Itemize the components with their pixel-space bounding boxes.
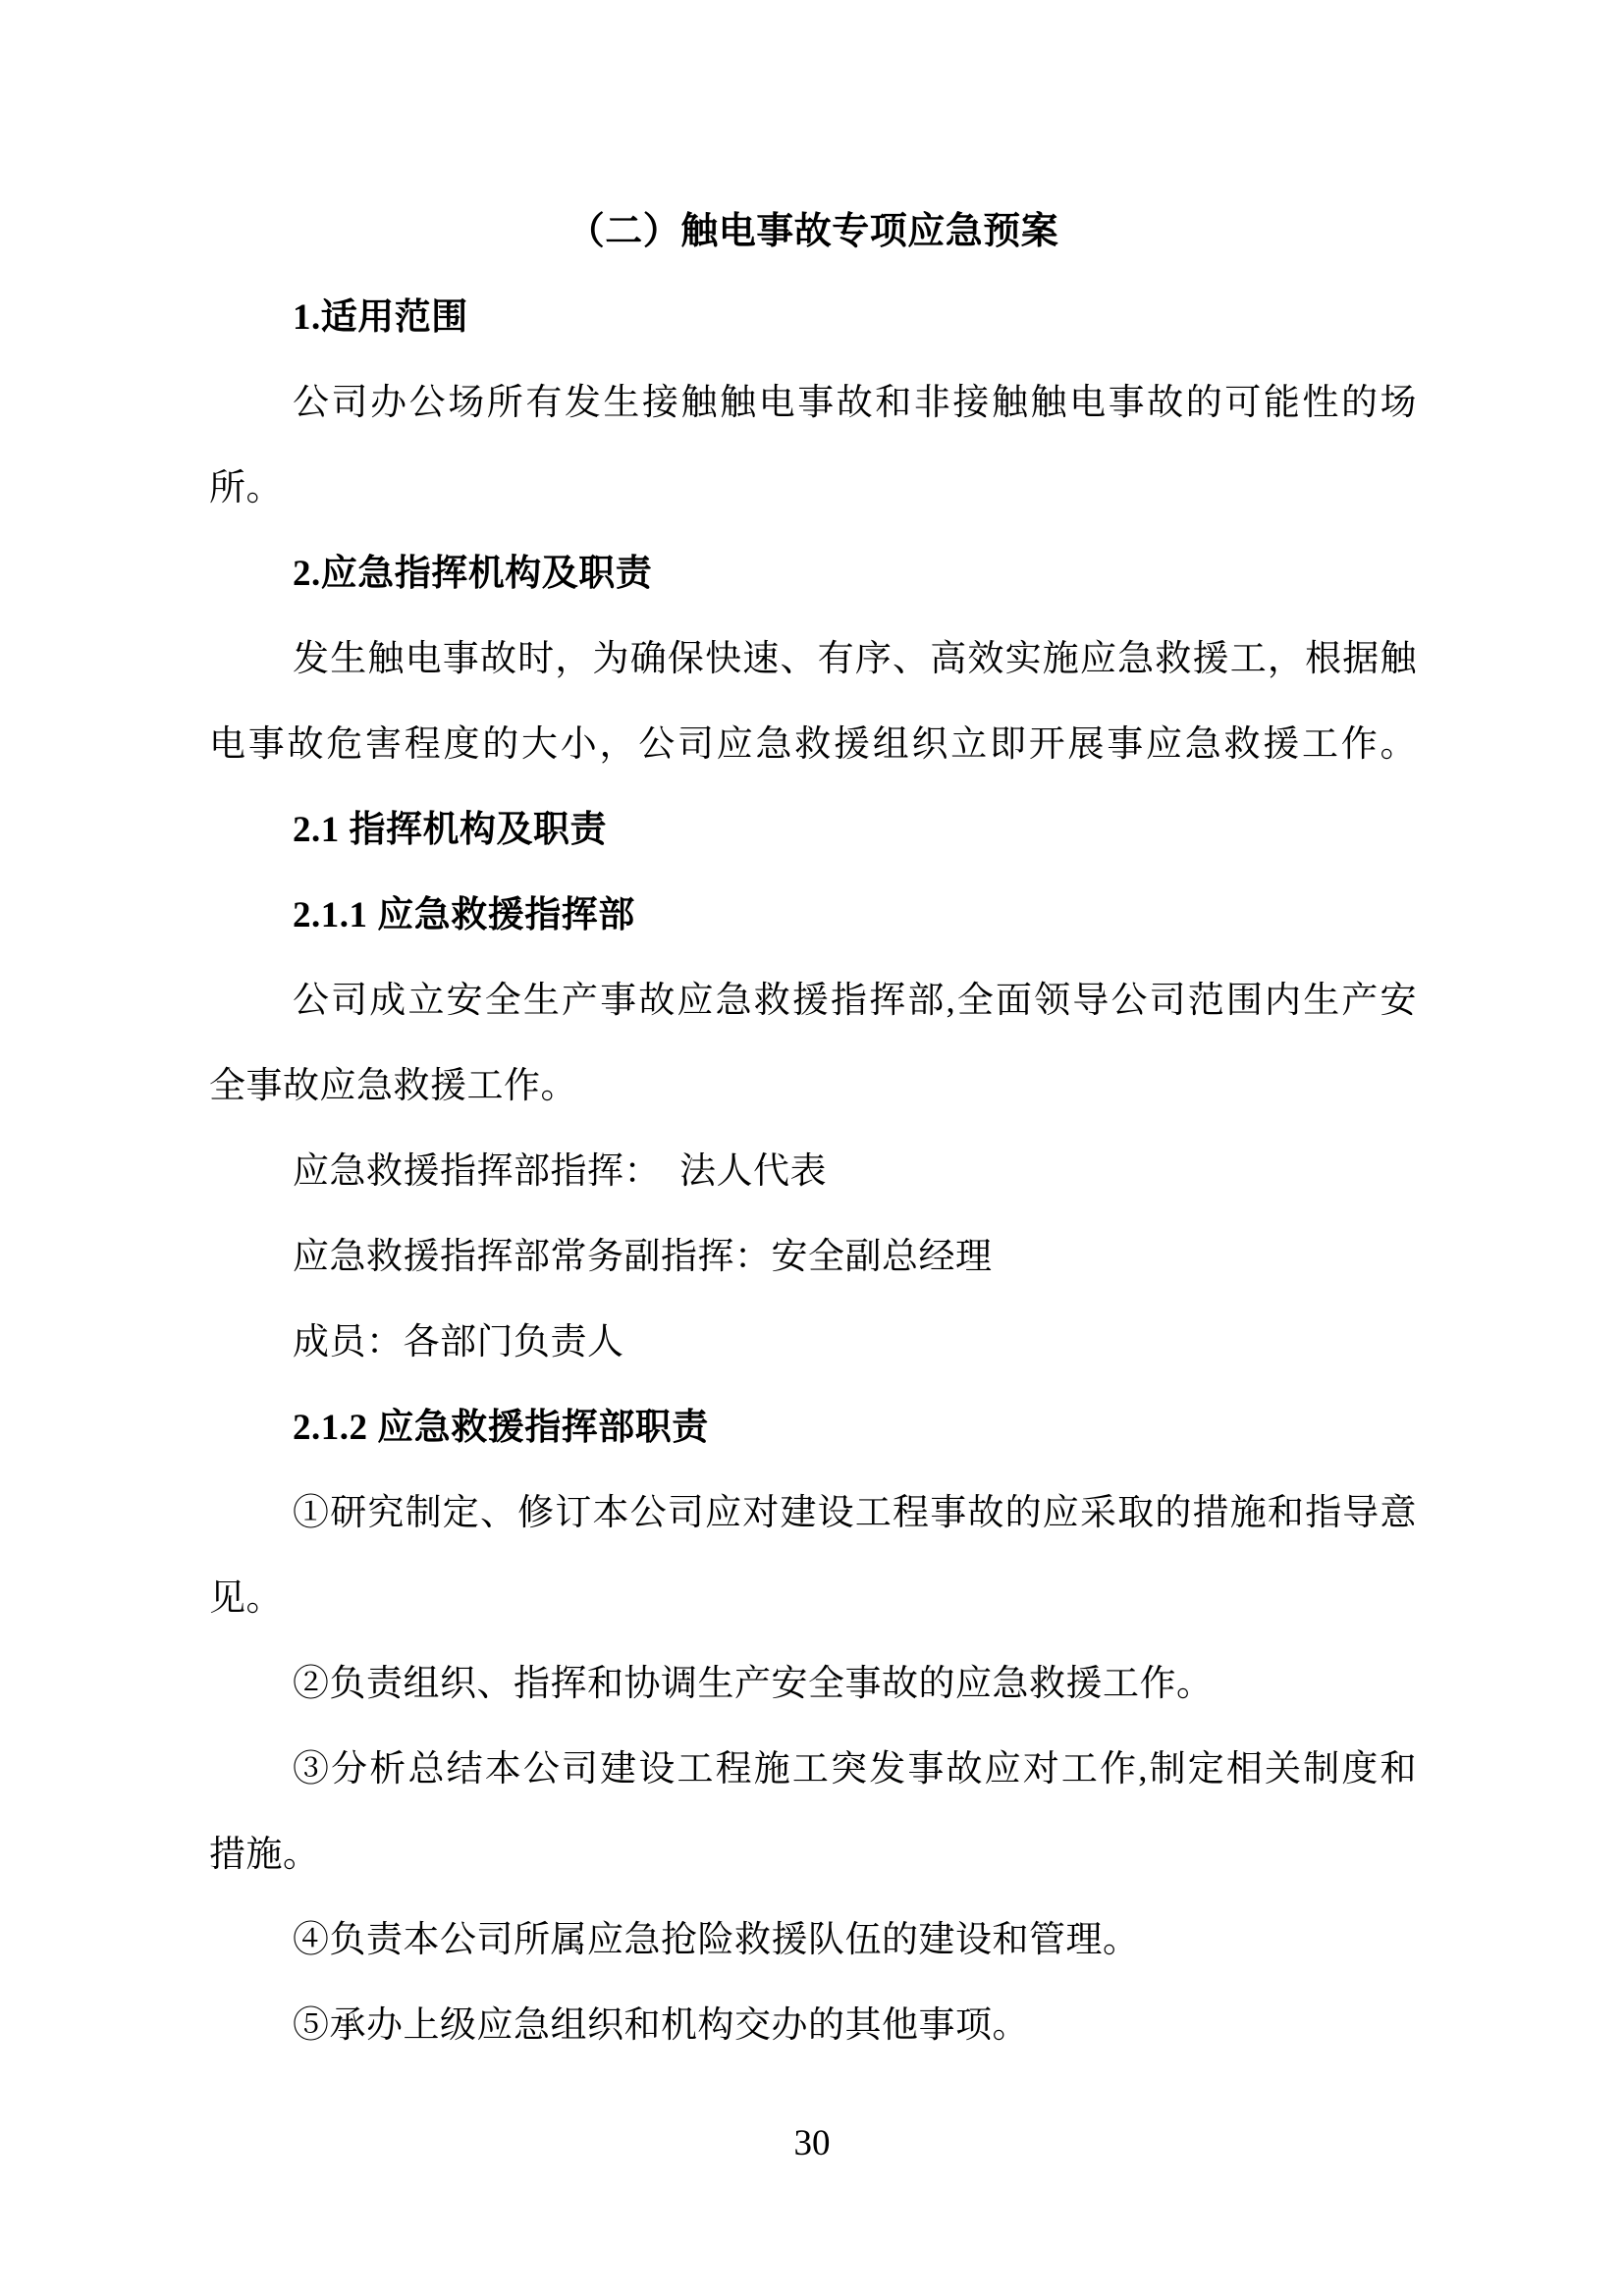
- paragraph-line: ⑤承办上级应急组织和机构交办的其他事项。: [209, 1983, 1417, 2068]
- doc-title: （二）触电事故专项应急预案: [209, 189, 1417, 275]
- paragraph-line: ③分析总结本公司建设工程施工突发事故应对工作,制定相关制度和: [209, 1727, 1417, 1812]
- paragraph-line: 应急救援指挥部常务副指挥：安全副总经理: [209, 1214, 1417, 1300]
- paragraph-line: 发生触电事故时，为确保快速、有序、高效实施应急救援工，根据触: [209, 616, 1417, 702]
- paragraph-line: 成员：各部门负责人: [209, 1300, 1417, 1385]
- paragraph-line: 电事故危害程度的大小，公司应急救援组织立即开展事应急救援工作。: [209, 702, 1417, 787]
- paragraph-line: 公司成立安全生产事故应急救援指挥部,全面领导公司范围内生产安: [209, 958, 1417, 1043]
- document-page: （二）触电事故专项应急预案 1.适用范围公司办公场所有发生接触触电事故和非接触触…: [0, 0, 1624, 2296]
- paragraph-line: 见。: [209, 1556, 1417, 1641]
- paragraph-line: ②负责组织、指挥和协调生产安全事故的应急救援工作。: [209, 1641, 1417, 1727]
- paragraph-line: 措施。: [209, 1812, 1417, 1897]
- document-body: 1.适用范围公司办公场所有发生接触触电事故和非接触触电事故的可能性的场所。2.应…: [209, 275, 1417, 2068]
- paragraph-line: 应急救援指挥部指挥： 法人代表: [209, 1129, 1417, 1214]
- paragraph-line: 公司办公场所有发生接触触电事故和非接触触电事故的可能性的场: [209, 360, 1417, 446]
- paragraph-line: 全事故应急救援工作。: [209, 1043, 1417, 1129]
- heading-1: 1.适用范围: [209, 275, 1417, 360]
- heading-2-1-1: 2.1.1 应急救援指挥部: [209, 873, 1417, 958]
- page-number: 30: [0, 2122, 1624, 2165]
- paragraph-line: ④负责本公司所属应急抢险救援队伍的建设和管理。: [209, 1897, 1417, 1983]
- heading-2-1: 2.1 指挥机构及职责: [209, 787, 1417, 873]
- paragraph-line: 所。: [209, 446, 1417, 531]
- document-content: （二）触电事故专项应急预案 1.适用范围公司办公场所有发生接触触电事故和非接触触…: [209, 189, 1417, 2068]
- heading-2-1-2: 2.1.2 应急救援指挥部职责: [209, 1385, 1417, 1470]
- heading-2: 2.应急指挥机构及职责: [209, 531, 1417, 616]
- paragraph-line: ①研究制定、修订本公司应对建设工程事故的应采取的措施和指导意: [209, 1470, 1417, 1556]
